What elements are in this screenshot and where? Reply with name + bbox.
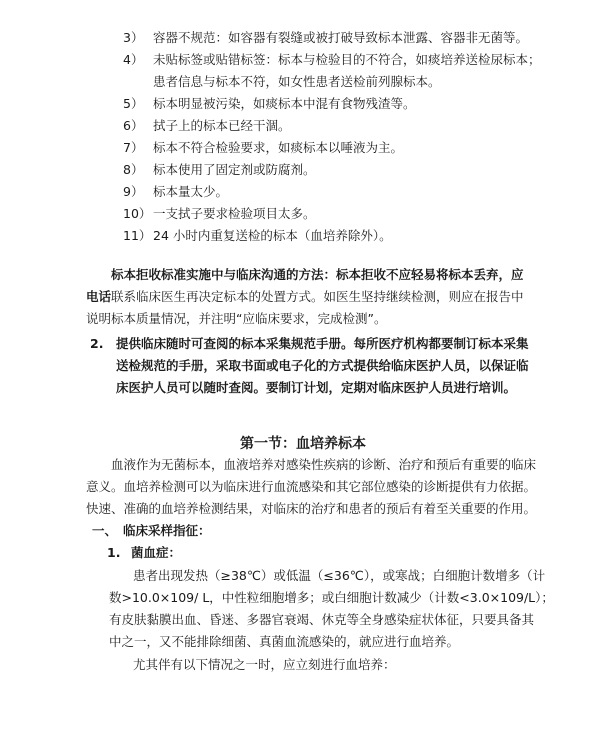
section-title: 第一节：血培养标本 <box>240 436 366 452</box>
list-number: 7） <box>123 140 153 156</box>
heading-clinical-indications: 一、临床采样指征： <box>92 523 211 539</box>
section-intro-line1: 血液作为无菌标本，血液培养对感染性疾病的诊断、治疗和预后有重要的临床 <box>111 457 536 473</box>
subheading-bacteremia: 1.菌血症： <box>107 545 181 561</box>
list-text: 患者信息与标本不符，如女性患者送检前列腺标本。 <box>153 74 441 89</box>
list-item-4-continuation: 患者信息与标本不符，如女性患者送检前列腺标本。 <box>153 74 441 90</box>
section-intro-line3: 快速、准确的血培养检测结果，对临床的治疗和患者的预后有着至关重要的作用。 <box>86 501 536 517</box>
communication-paragraph-lead: 标本拒收标准实施中与临床沟通的方法：标本拒收不应轻易将标本丢弃，应 <box>111 267 524 283</box>
heading-number: 一、 <box>92 523 123 539</box>
list-text: 标本不符合检验要求，如痰标本以唾液为主。 <box>153 140 403 155</box>
subheading-number: 1. <box>107 545 131 561</box>
body-text: 联系临床医生再决定标本的处置方式。如医生坚持继续检测，则应在报告中 <box>111 289 524 304</box>
list-text: 未贴标签或贴错标签：标本与检验目的不符合，如痰培养送检尿标本； <box>153 52 541 67</box>
list-item-11: 11）24 小时内重复送检的标本（血培养除外）。 <box>123 228 392 244</box>
list-text: 标本明显被污染，如痰标本中混有食物残渣等。 <box>153 96 416 111</box>
list-item-10: 10）一支拭子要求检验项目太多。 <box>123 206 316 222</box>
list-item-8: 8）标本使用了固定剂或防腐剂。 <box>123 162 316 178</box>
list-item-4: 4）未贴标签或贴错标签：标本与检验目的不符合，如痰培养送检尿标本； <box>123 52 541 68</box>
bacteremia-body-line4: 中之一，又不能排除细菌、真菌血流感染的，就应进行血培养。 <box>109 634 459 650</box>
bold-text: 电话 <box>86 289 111 304</box>
heading-text: 临床采样指征： <box>123 523 211 538</box>
list-number: 9） <box>123 184 153 200</box>
list-item-7: 7）标本不符合检验要求，如痰标本以唾液为主。 <box>123 140 403 156</box>
list-number: 4） <box>123 52 153 68</box>
list-item-5: 5）标本明显被污染，如痰标本中混有食物残渣等。 <box>123 96 416 112</box>
list-number: 2. <box>90 336 116 352</box>
bacteremia-body-line3: 有皮肤黏膜出血、昏迷、多器官衰竭、休克等全身感染症状体征，只要具备其 <box>109 612 534 628</box>
list-number: 6） <box>123 118 153 134</box>
list-number: 11） <box>123 228 153 244</box>
section-intro-line2: 意义。血培养检测可以为临床进行血流感染和其它部位感染的诊断提供有力依据。 <box>86 479 536 495</box>
list-text: 提供临床随时可查阅的标本采集规范手册。每所医疗机构都要制订标本采集 <box>116 336 529 351</box>
list-item-3: 3）容器不规范：如容器有裂缝或被打破导致标本泄露、容器非无菌等。 <box>123 30 528 46</box>
list-number: 8） <box>123 162 153 178</box>
bacteremia-body-line2: 数>10.0×109/ L，中性粒细胞增多；或白细胞计数减少（计数<3.0×10… <box>109 590 554 606</box>
list-text: 容器不规范：如容器有裂缝或被打破导致标本泄露、容器非无菌等。 <box>153 30 528 45</box>
subheading-text: 菌血症： <box>131 545 181 560</box>
list-number: 5） <box>123 96 153 112</box>
list-item-9: 9）标本量太少。 <box>123 184 228 200</box>
numbered-item-2: 2.提供临床随时可查阅的标本采集规范手册。每所医疗机构都要制订标本采集 <box>90 336 529 352</box>
list-number: 10） <box>123 206 153 222</box>
bacteremia-body-line1: 患者出现发热（≥38℃）或低温（≤36℃），或寒战；白细胞计数增多（计 <box>133 568 545 584</box>
list-text: 24 小时内重复送检的标本（血培养除外）。 <box>153 228 392 243</box>
list-text: 拭子上的标本已经干涸。 <box>153 118 291 133</box>
communication-paragraph-line3: 说明标本质量情况，并注明“应临床要求，完成检测”。 <box>86 311 386 327</box>
list-item-6: 6）拭子上的标本已经干涸。 <box>123 118 291 134</box>
numbered-item-2-line2: 送检规范的手册，采取书面或电子化的方式提供给临床医护人员，以保证临 <box>116 358 529 374</box>
list-text: 一支拭子要求检验项目太多。 <box>153 206 316 221</box>
list-text: 标本使用了固定剂或防腐剂。 <box>153 162 316 177</box>
bacteremia-followup: 尤其伴有以下情况之一时，应立刻进行血培养： <box>133 657 396 673</box>
numbered-item-2-line3: 床医护人员可以随时查阅。要制订计划，定期对临床医护人员进行培训。 <box>116 380 516 396</box>
list-number: 3） <box>123 30 153 46</box>
communication-paragraph-line2: 电话联系临床医生再决定标本的处置方式。如医生坚持继续检测，则应在报告中 <box>86 289 524 305</box>
list-text: 标本量太少。 <box>153 184 228 199</box>
